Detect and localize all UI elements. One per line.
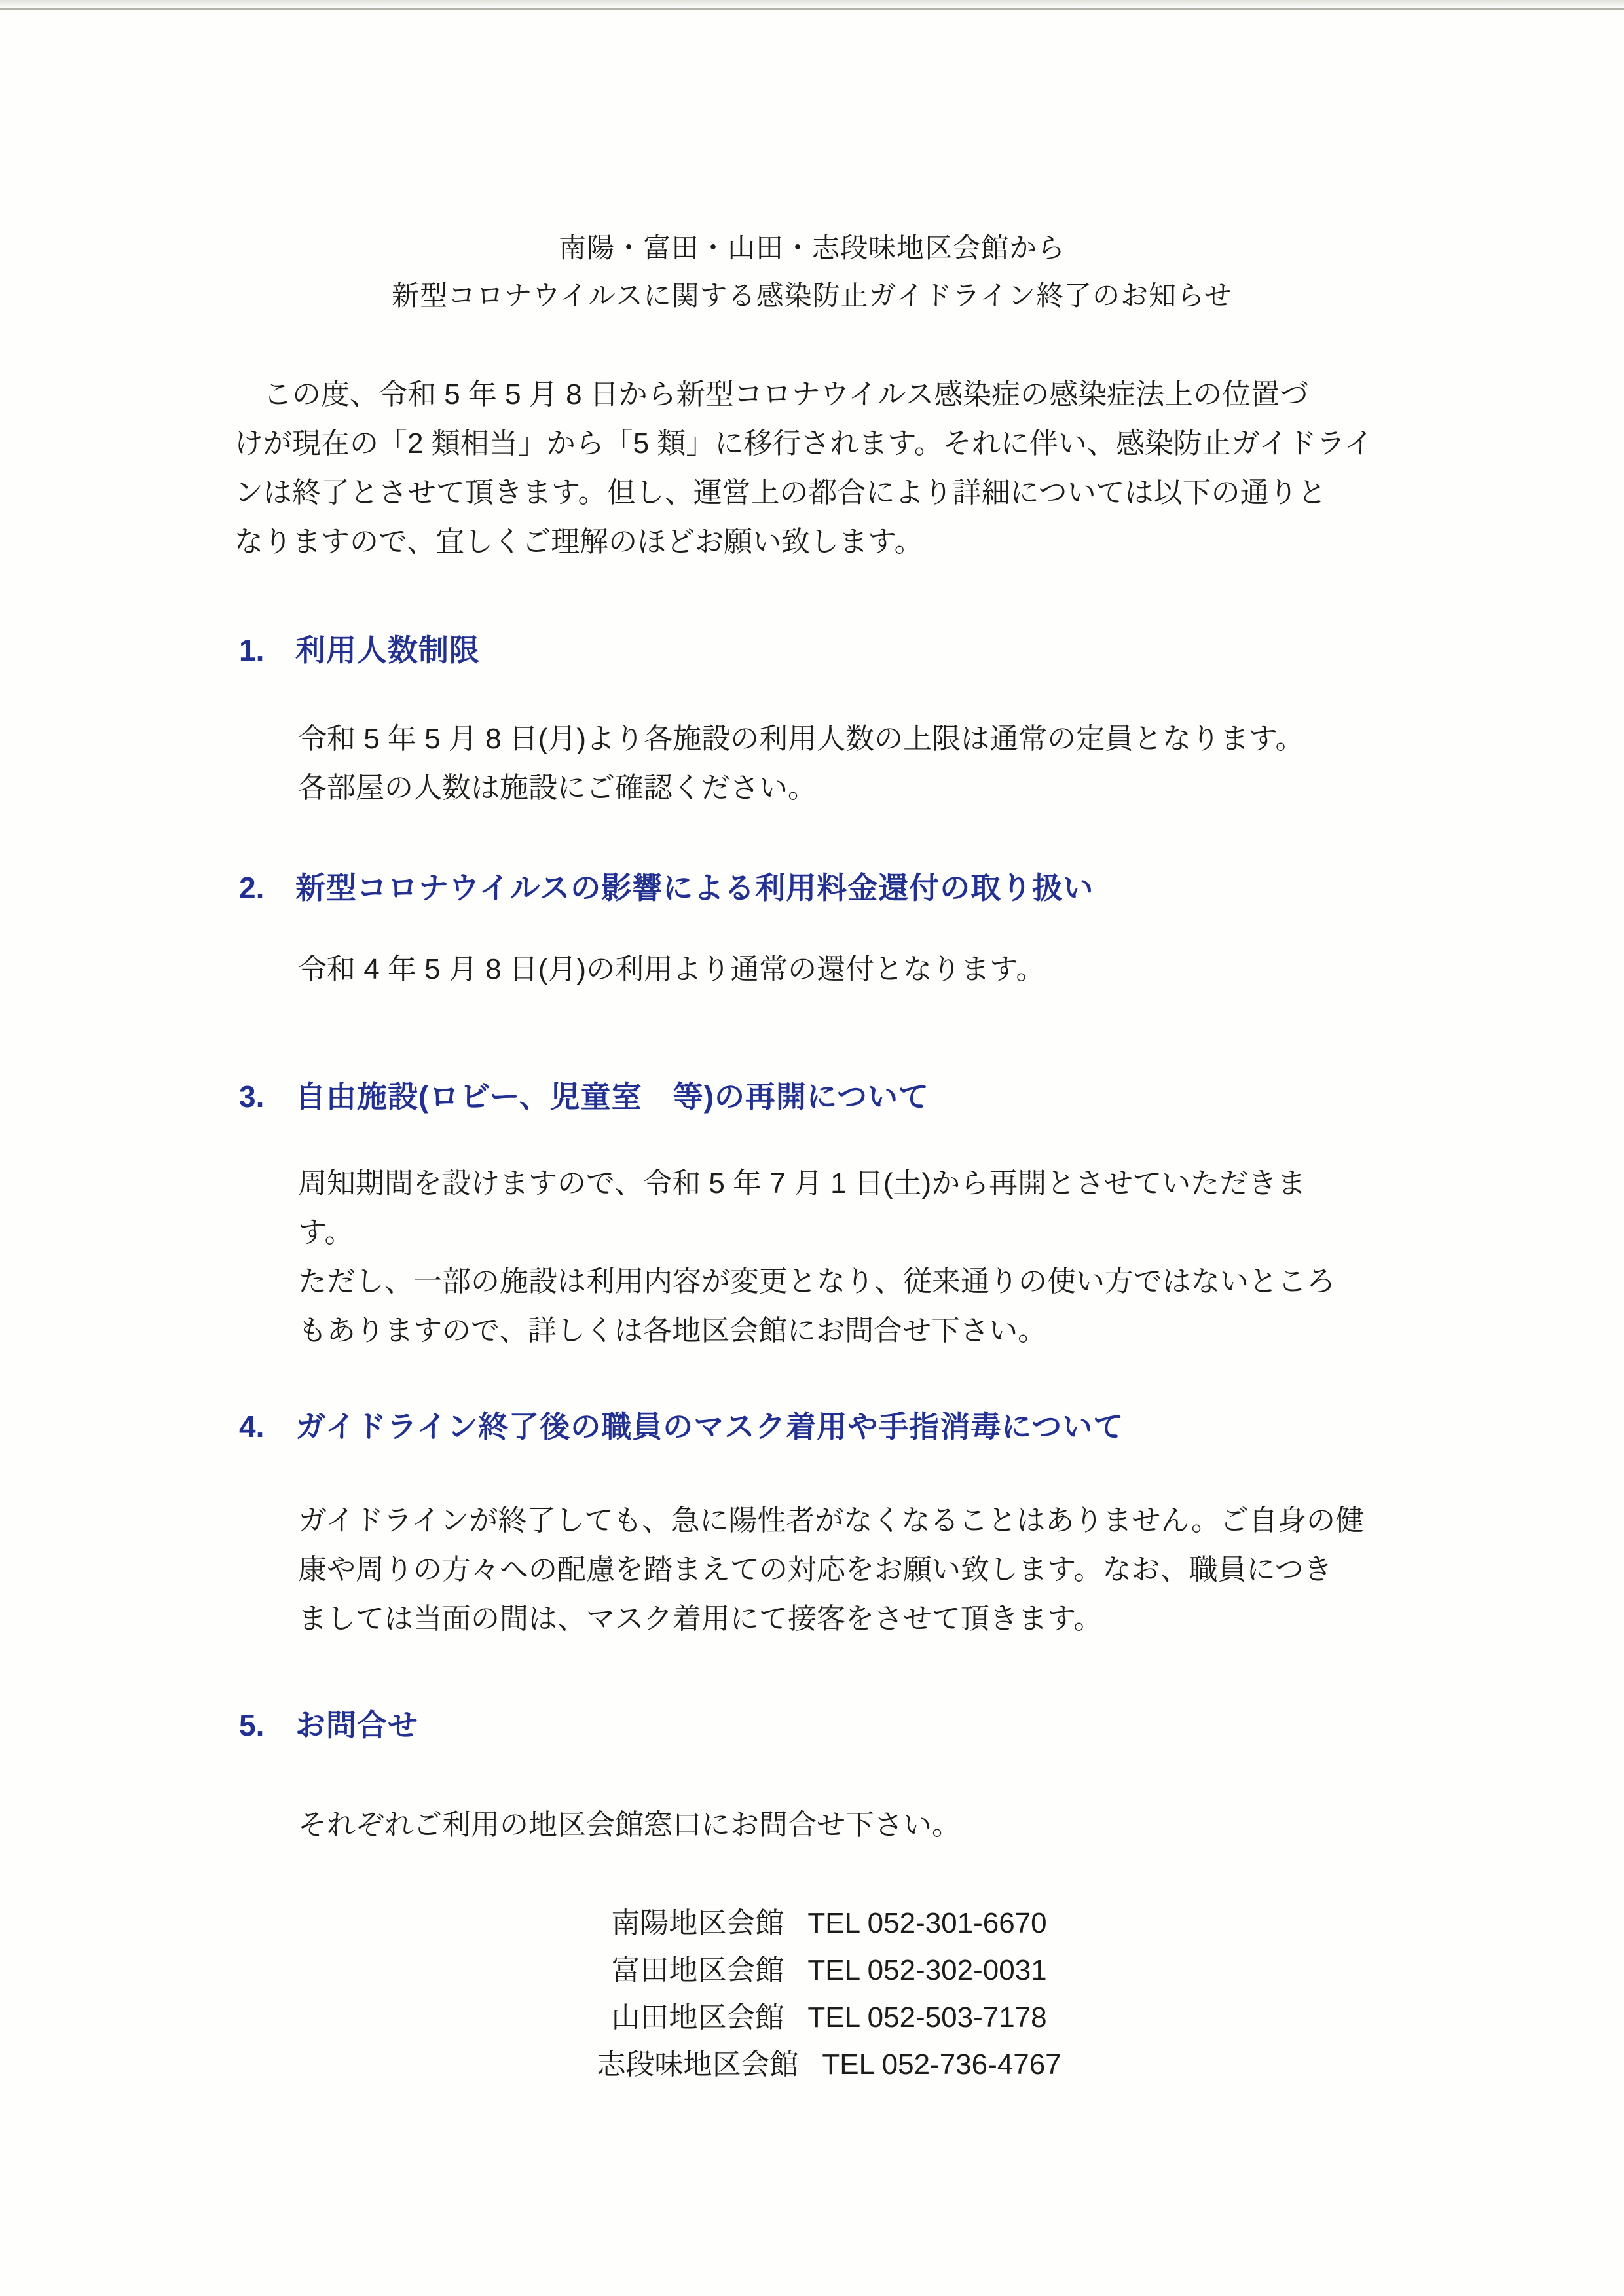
section-1-number: 1. <box>239 630 295 670</box>
section-4-heading: ガイドライン終了後の職員のマスク着用や手指消毒について <box>295 1407 1124 1446</box>
section-2-heading-row: 2. 新型コロナウイルスの影響による利用料金還付の取り扱い <box>239 868 1094 907</box>
section-2-heading: 新型コロナウイルスの影響による利用料金還付の取り扱い <box>295 868 1094 907</box>
contact-row: 志段味地区会館TEL 052-736-4767 <box>17 2041 1624 2088</box>
contact-row: 富田地区会館TEL 052-302-0031 <box>17 1947 1624 1994</box>
section-4-body: ガイドラインが終了しても、急に陽性者がなくなることはありません。ご自身の健 康や… <box>298 1496 1411 1643</box>
contact-name: 山田地区会館 <box>611 2001 784 2033</box>
contact-row: 南陽地区会館TEL 052-301-6670 <box>17 1900 1624 1947</box>
section-2-body: 令和 4 年 5 月 8 日(月)の利用より通常の還付となります。 <box>298 945 1411 994</box>
section-3-body-line: す。 <box>298 1208 1411 1257</box>
contact-tel: TEL 052-503-7178 <box>807 2001 1046 2033</box>
section-1-heading: 利用人数制限 <box>295 630 480 670</box>
scan-edge-artifact <box>0 0 1624 10</box>
document-title-line1: 南陽・富田・山田・志段味地区会館から <box>0 224 1624 272</box>
section-5-body-line: それぞれご利用の地区会館窓口にお問合せ下さい。 <box>298 1800 1411 1850</box>
document-title-line2: 新型コロナウイルスに関する感染防止ガイドライン終了のお知らせ <box>0 272 1624 319</box>
contact-tel: TEL 052-301-6670 <box>807 1907 1046 1939</box>
contact-row: 山田地区会館TEL 052-503-7178 <box>17 1994 1624 2041</box>
document-title: 南陽・富田・山田・志段味地区会館から 新型コロナウイルスに関する感染防止ガイドラ… <box>0 224 1624 319</box>
section-3-body-line: 周知期間を設けますので、令和 5 年 7 月 1 日(土)から再開とさせていただ… <box>298 1159 1411 1208</box>
intro-paragraph: この度、令和 5 年 5 月 8 日から新型コロナウイルス感染症の感染症法上の位… <box>234 370 1407 566</box>
section-4-number: 4. <box>239 1407 295 1446</box>
section-1-body-line: 令和 5 年 5 月 8 日(月)より各施設の利用人数の上限は通常の定員となりま… <box>298 714 1411 763</box>
section-3-body: 周知期間を設けますので、令和 5 年 7 月 1 日(土)から再開とさせていただ… <box>298 1159 1411 1355</box>
contact-name: 志段味地区会館 <box>597 2049 798 2081</box>
section-4-body-line: ましては当面の間は、マスク着用にて接客をさせて頂きます。 <box>298 1594 1411 1643</box>
contact-tel: TEL 052-302-0031 <box>807 1954 1046 1986</box>
section-2-body-line: 令和 4 年 5 月 8 日(月)の利用より通常の還付となります。 <box>298 945 1411 994</box>
section-3-body-line: もありますので、詳しくは各地区会館にお問合せ下さい。 <box>298 1306 1411 1355</box>
section-3-body-line: ただし、一部の施設は利用内容が変更となり、従来通りの使い方ではないところ <box>298 1257 1411 1306</box>
section-3-number: 3. <box>239 1077 295 1116</box>
document-page: 南陽・富田・山田・志段味地区会館から 新型コロナウイルスに関する感染防止ガイドラ… <box>0 0 1624 2296</box>
section-4-heading-row: 4. ガイドライン終了後の職員のマスク着用や手指消毒について <box>239 1407 1124 1446</box>
section-1-body-line: 各部屋の人数は施設にご確認ください。 <box>298 763 1411 812</box>
intro-paragraph-line: なりますので、宜しくご理解のほどお願い致します。 <box>234 517 1407 566</box>
section-1-body: 令和 5 年 5 月 8 日(月)より各施設の利用人数の上限は通常の定員となりま… <box>298 714 1411 812</box>
section-1-heading-row: 1. 利用人数制限 <box>239 630 480 670</box>
section-3-heading: 自由施設(ロビー、児童室 等)の再開について <box>295 1077 929 1116</box>
section-5-heading: お問合せ <box>295 1705 418 1745</box>
intro-paragraph-line: この度、令和 5 年 5 月 8 日から新型コロナウイルス感染症の感染症法上の位… <box>234 370 1407 419</box>
contact-name: 南陽地区会館 <box>611 1907 784 1939</box>
contact-tel: TEL 052-736-4767 <box>822 2049 1061 2081</box>
section-5-heading-row: 5. お問合せ <box>239 1705 418 1745</box>
section-4-body-line: ガイドラインが終了しても、急に陽性者がなくなることはありません。ご自身の健 <box>298 1496 1411 1545</box>
section-5-body: それぞれご利用の地区会館窓口にお問合せ下さい。 <box>298 1800 1411 1850</box>
section-2-number: 2. <box>239 868 295 907</box>
intro-paragraph-line: ンは終了とさせて頂きます。但し、運営上の都合により詳細については以下の通りと <box>234 468 1407 517</box>
section-3-heading-row: 3. 自由施設(ロビー、児童室 等)の再開について <box>239 1077 929 1116</box>
intro-paragraph-line: けが現在の「2 類相当」から「5 類」に移行されます。それに伴い、感染防止ガイド… <box>234 419 1407 468</box>
contact-name: 富田地区会館 <box>611 1954 784 1986</box>
contact-list: 南陽地区会館TEL 052-301-6670 富田地区会館TEL 052-302… <box>17 1900 1624 2088</box>
section-5-number: 5. <box>239 1705 295 1745</box>
section-4-body-line: 康や周りの方々への配慮を踏まえての対応をお願い致します。なお、職員につき <box>298 1545 1411 1594</box>
